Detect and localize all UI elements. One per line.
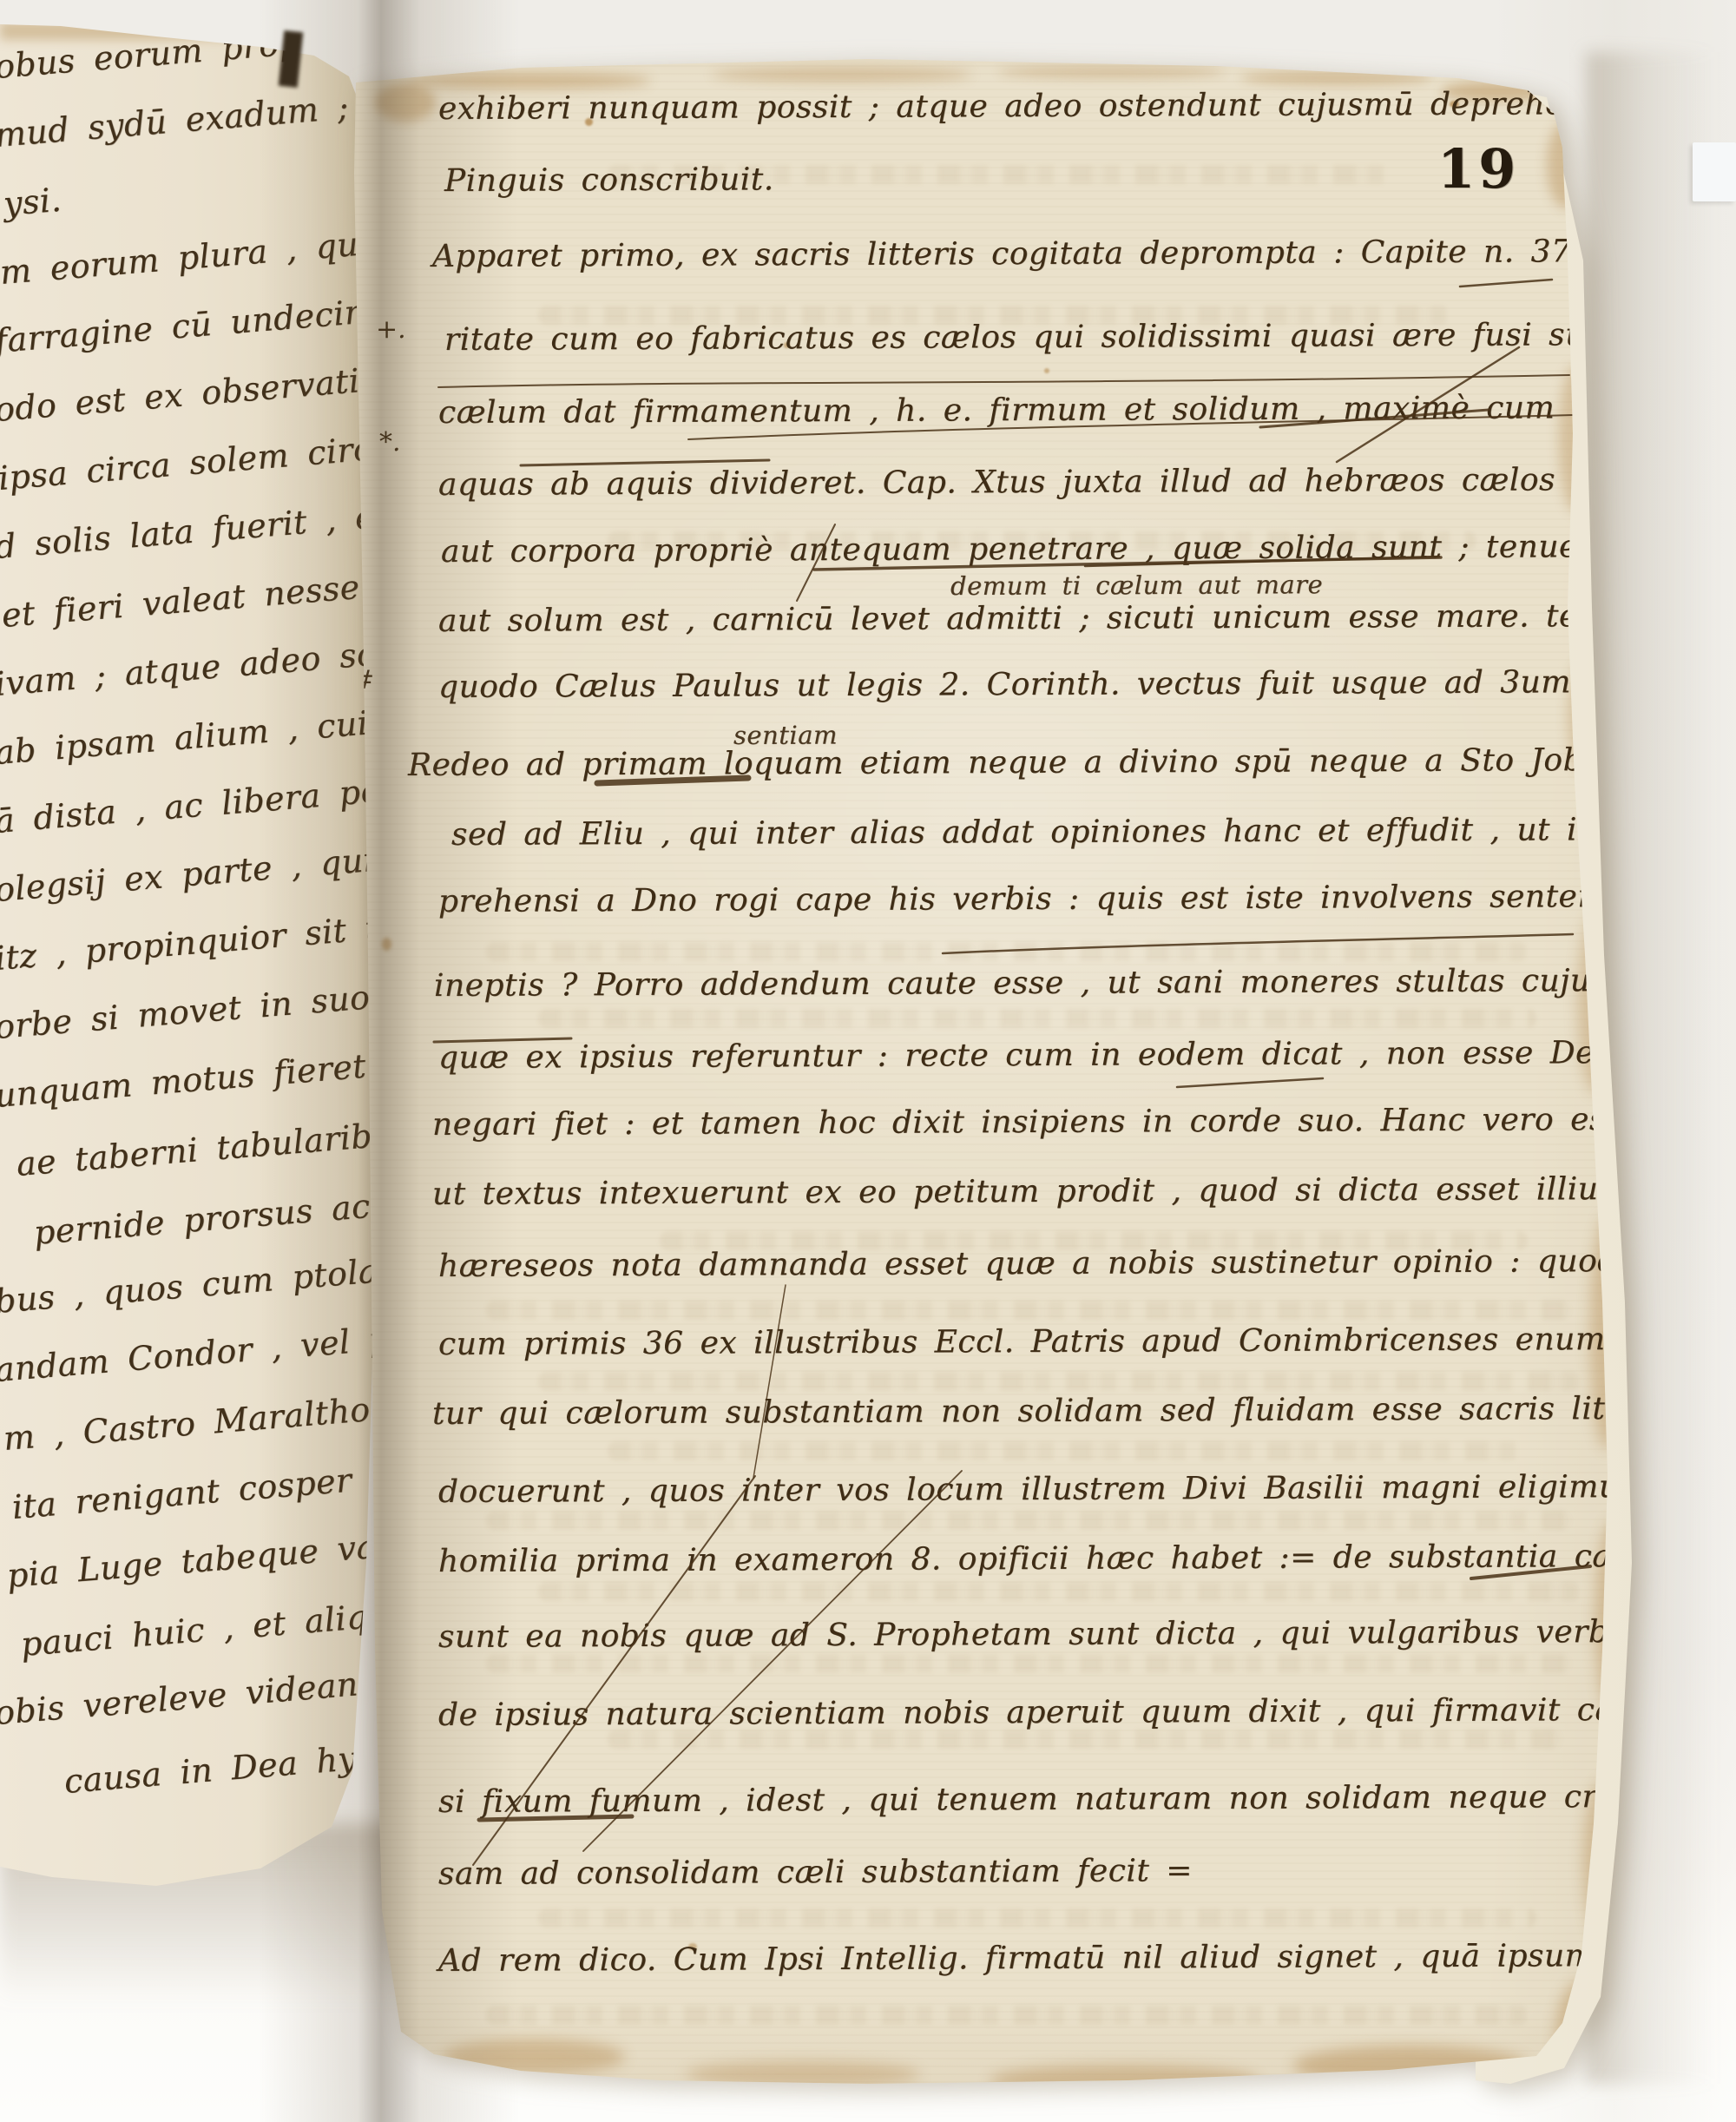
- book-block: 19 exhiberi nunquam possit ; atque adeo …: [0, 0, 1736, 2122]
- ink-strikethrough: [1471, 1566, 1590, 1578]
- ink-strikethrough: [597, 778, 748, 783]
- ink-underline: [943, 934, 1573, 953]
- ink-underline: [1177, 1078, 1323, 1087]
- main-page: 19 exhiberi nunquam possit ; atque adeo …: [0, 0, 1736, 2122]
- ink-stroke: [797, 524, 835, 601]
- ink-strikethrough: [479, 1816, 632, 1820]
- white-tab: [1693, 142, 1736, 201]
- manuscript-photo: obus eorum proprii mimud sydū exadum ; a…: [0, 0, 1736, 2122]
- ink-strikethrough: [1085, 557, 1439, 566]
- ink-underline: [1460, 280, 1552, 287]
- ink-stroke: [1337, 347, 1519, 462]
- pen-cancellation-stroke: [583, 1471, 962, 1851]
- pen-cancellation-stroke: [753, 1285, 786, 1478]
- ink-stroke: [688, 415, 1573, 439]
- ink-underline: [521, 460, 769, 465]
- ink-underline: [438, 375, 1569, 387]
- ink-edits-overlay: [0, 0, 1736, 2122]
- pen-cancellation-stroke: [473, 1476, 755, 1865]
- ink-underline: [434, 1038, 571, 1042]
